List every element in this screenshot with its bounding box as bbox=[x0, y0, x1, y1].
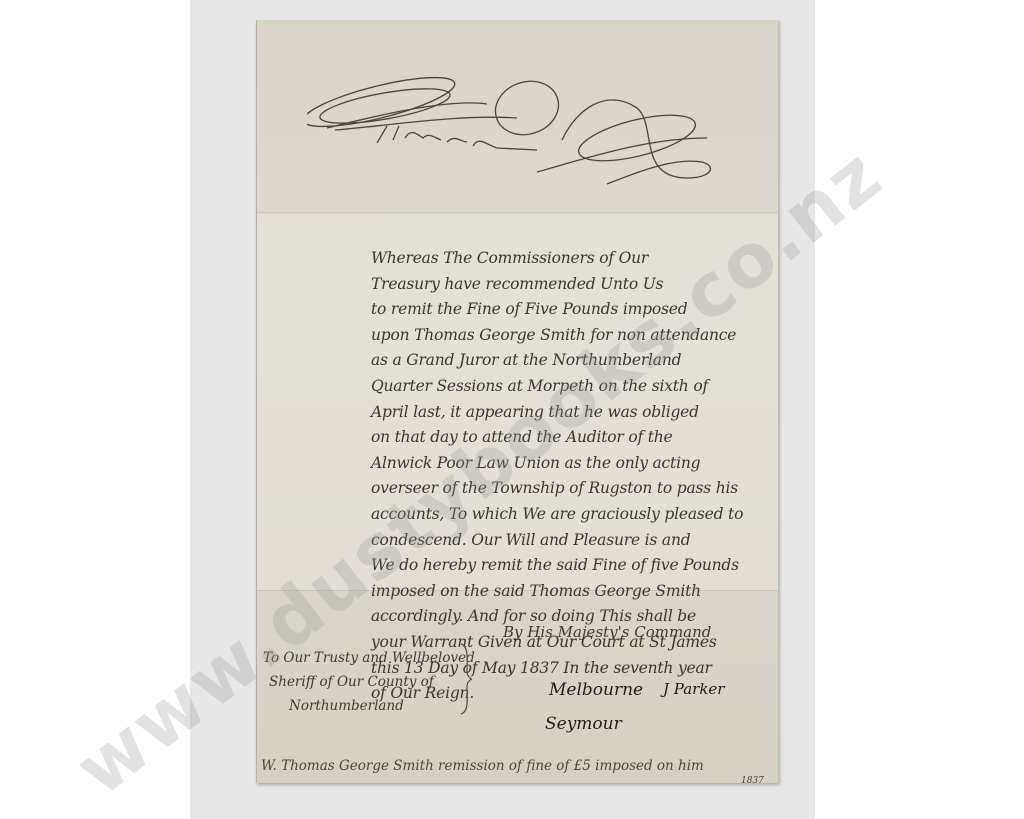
address-block: To Our Trusty and Wellbeloved Sheriff of… bbox=[263, 646, 463, 718]
document-page: Whereas The Commissioners of Our Treasur… bbox=[256, 20, 779, 783]
body-line: condescend. Our Will and Pleasure is and bbox=[371, 528, 771, 554]
body-line: imposed on the said Thomas George Smith bbox=[371, 579, 771, 605]
royal-signature bbox=[307, 68, 727, 198]
body-line: Whereas The Commissioners of Our bbox=[371, 246, 771, 272]
address-line: Sheriff of Our County of bbox=[263, 670, 463, 694]
body-line: accounts, To which We are graciously ple… bbox=[371, 502, 771, 528]
folio-mark: 1837 bbox=[741, 776, 764, 786]
body-line: to remit the Fine of Five Pounds imposed bbox=[371, 297, 771, 323]
fold-line-upper bbox=[257, 212, 778, 214]
royal-signature-flourish-icon bbox=[307, 68, 727, 198]
body-line: Alnwick Poor Law Union as the only actin… bbox=[371, 451, 771, 477]
brace-icon bbox=[459, 642, 473, 716]
address-line: To Our Trusty and Wellbeloved bbox=[263, 646, 463, 670]
signature-seymour: Seymour bbox=[545, 714, 622, 734]
body-line: Treasury have recommended Unto Us bbox=[371, 272, 771, 298]
address-line: Northumberland bbox=[263, 694, 463, 718]
signature-parker: J Parker bbox=[663, 680, 724, 698]
body-line: upon Thomas George Smith for non attenda… bbox=[371, 323, 771, 349]
command-line: By His Majesty's Command bbox=[503, 623, 711, 641]
body-line: We do hereby remit the said Fine of five… bbox=[371, 553, 771, 579]
body-line: April last, it appearing that he was obl… bbox=[371, 400, 771, 426]
body-line: overseer of the Township of Rugston to p… bbox=[371, 476, 771, 502]
body-line: as a Grand Juror at the Northumberland bbox=[371, 348, 771, 374]
body-line: Quarter Sessions at Morpeth on the sixth… bbox=[371, 374, 771, 400]
signature-melbourne: Melbourne bbox=[549, 680, 643, 700]
docket-note: W. Thomas George Smith remission of fine… bbox=[261, 758, 704, 774]
body-line: on that day to attend the Auditor of the bbox=[371, 425, 771, 451]
